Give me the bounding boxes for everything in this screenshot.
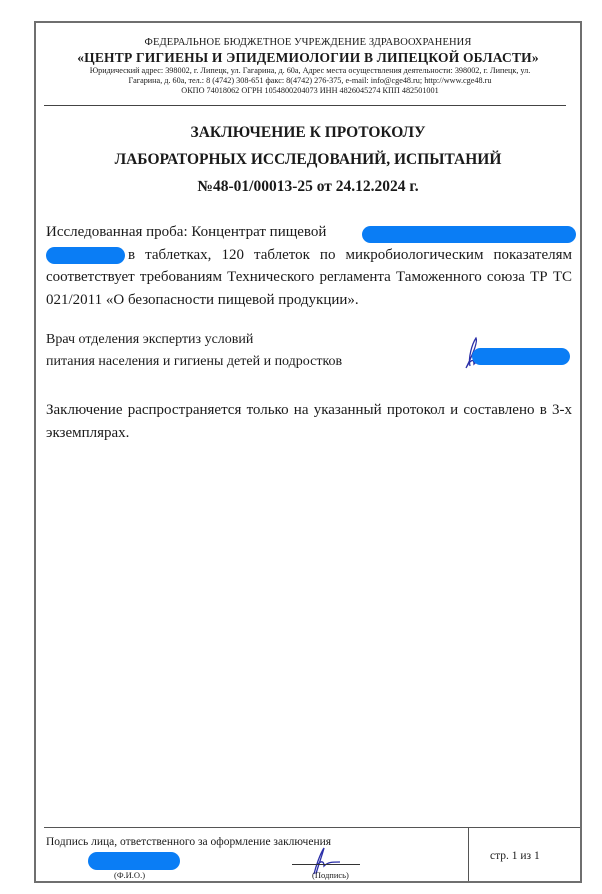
signature-line [292, 864, 360, 865]
registry-codes: ОКПО 74018062 ОГРН 1054800204073 ИНН 482… [46, 86, 574, 96]
header-divider [44, 105, 566, 106]
org-name: «ЦЕНТР ГИГИЕНЫ И ЭПИДЕМИОЛОГИИ В ЛИПЕЦКО… [36, 50, 580, 66]
fio-caption: (Ф.И.О.) [114, 870, 145, 880]
doc-title: ЗАКЛЮЧЕНИЕ К ПРОТОКОЛУ [36, 124, 580, 142]
address-line-2: Гагарина, д. 60а, тел.: 8 (4742) 308-651… [46, 76, 574, 86]
doctor-block: Врач отделения экспертиз условий питания… [46, 329, 342, 373]
doc-subtitle: ЛАБОРАТОРНЫХ ИССЛЕДОВАНИЙ, ИСПЫТАНИЙ [36, 151, 580, 169]
org-type: ФЕДЕРАЛЬНОЕ БЮДЖЕТНОЕ УЧРЕЖДЕНИЕ ЗДРАВОО… [36, 37, 580, 48]
redaction-doctor-name [472, 348, 570, 365]
document-frame: ФЕДЕРАЛЬНОЕ БЮДЖЕТНОЕ УЧРЕЖДЕНИЕ ЗДРАВОО… [34, 21, 582, 883]
org-address: Юридический адрес: 398002, г. Липецк, ул… [46, 66, 574, 96]
footer-divider [468, 828, 469, 881]
doctor-title-1: Врач отделения экспертиз условий [46, 329, 342, 351]
page-indicator: стр. 1 из 1 [490, 850, 540, 862]
closing-paragraph: Заключение распространяется только на ук… [46, 399, 572, 444]
redaction-responsible-name [88, 852, 180, 870]
signature-caption: (Подпись) [312, 870, 349, 880]
footer-table: Подпись лица, ответственного за оформлен… [44, 827, 580, 881]
doc-number-date: №48-01/00013-25 от 24.12.2024 г. [36, 178, 580, 196]
redaction-product-name [362, 226, 576, 243]
redaction-product-name-cont [46, 247, 125, 264]
responsible-label: Подпись лица, ответственного за оформлен… [46, 836, 331, 848]
sample-prefix: Исследованная проба: Концентрат пищевой [46, 224, 326, 240]
doctor-title-2: питания населения и гигиены детей и подр… [46, 351, 342, 373]
address-line-1: Юридический адрес: 398002, г. Липецк, ул… [46, 66, 574, 76]
